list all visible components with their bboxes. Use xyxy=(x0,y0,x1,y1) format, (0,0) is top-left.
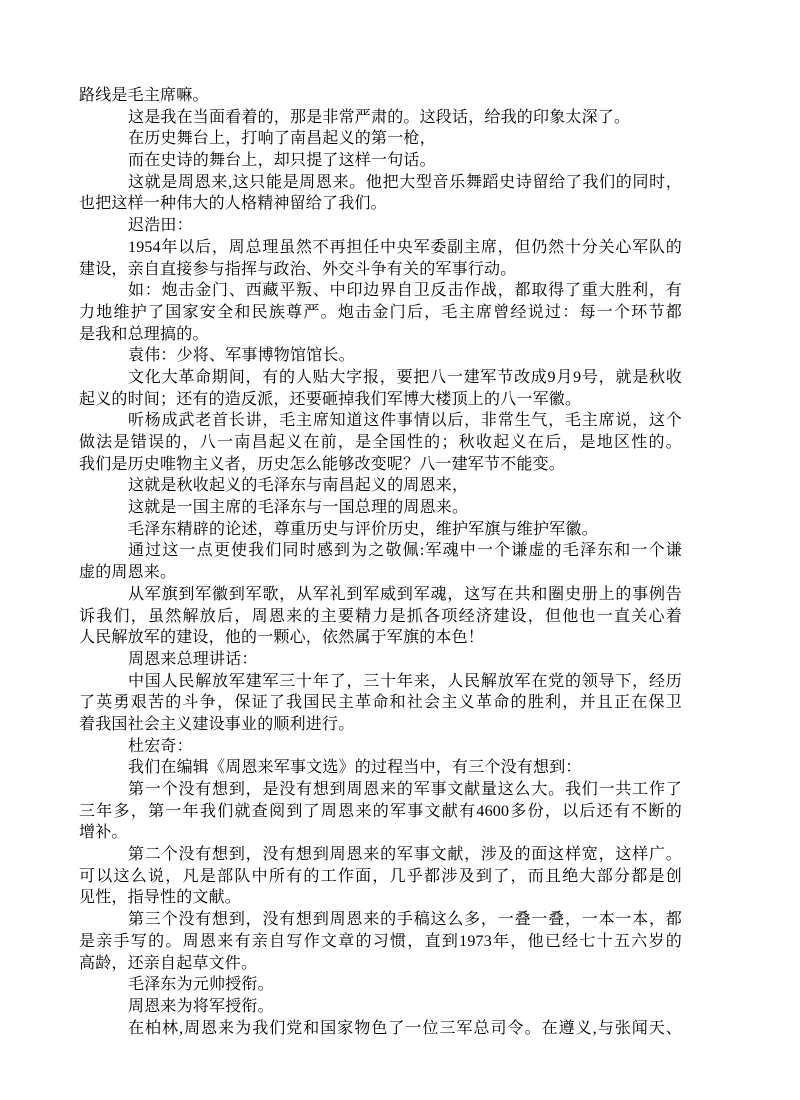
text-line: 虚的周恩来。 xyxy=(79,562,682,584)
text-line: 可以这么说，凡是部队中所有的工作面，几乎都涉及到了，而且绝大部分都是创 xyxy=(79,866,682,888)
text-line: 是我和总理搞的。 xyxy=(79,324,682,346)
text-line: 从军旗到军徽到军歌，从军礼到军威到军魂，这写在共和圈史册上的事例告 xyxy=(79,584,682,606)
text-line: 第二个没有想到，没有想到周恩来的军事文献，涉及的面这样宽，这样广。 xyxy=(79,844,682,866)
text-line: 这就是秋收起义的毛泽东与南昌起义的周恩来， xyxy=(79,475,682,497)
text-line: 周恩来为将军授衔。 xyxy=(79,996,682,1018)
document-page: 路线是毛主席嘛。这是我在当面看着的，那是非常严肃的。这段话，给我的印象太深了。在… xyxy=(0,0,800,1100)
text-line: 迟浩田： xyxy=(79,215,682,237)
text-line: 增补。 xyxy=(79,822,682,844)
text-line: 也把这样一种伟大的人格精神留给了我们。 xyxy=(79,193,682,215)
text-line: 通过这一点更使我们同时感到为之敬佩:军魂中一个谦虚的毛泽东和一个谦 xyxy=(79,540,682,562)
text-line: 我们是历史唯物主义者，历史怎么能够改变呢？八一建军节不能变。 xyxy=(79,454,682,476)
text-line: 路线是毛主席嘛。 xyxy=(79,85,682,107)
text-line: 这是我在当面看着的，那是非常严肃的。这段话，给我的印象太深了。 xyxy=(79,107,682,129)
text-line: 毛泽东精辟的论述，尊重历史与评价历史，维护军旗与维护军徽。 xyxy=(79,519,682,541)
text-line: 三年多，第一年我们就查阅到了周恩来的军事文献有4600多份，以后还有不断的 xyxy=(79,801,682,823)
text-line: 在柏林,周恩来为我们党和国家物色了一位三军总司令。在遵义,与张闻天、 xyxy=(79,1018,682,1040)
text-line: 第一个没有想到，是没有想到周恩来的军事文献量这么大。我们一共工作了 xyxy=(79,779,682,801)
text-line: 诉我们，虽然解放后，周恩来的主要精力是抓各项经济建设，但他也一直关心着 xyxy=(79,606,682,628)
text-line: 如：炮击金门、西藏平叛、中印边界自卫反击作战，都取得了重大胜利，有 xyxy=(79,280,682,302)
text-line: 第三个没有想到，没有想到周恩来的手稿这么多，一叠一叠，一本一本，都 xyxy=(79,909,682,931)
text-line: 在历史舞台上，打响了南昌起义的第一枪， xyxy=(79,128,682,150)
text-line: 是亲手写的。周恩来有亲自写作文章的习惯，直到1973年，他已经七十五六岁的 xyxy=(79,931,682,953)
text-line: 建设，亲自直接参与指挥与政治、外交斗争有关的军事行动。 xyxy=(79,259,682,281)
text-line: 见性，指导性的文献。 xyxy=(79,887,682,909)
text-line: 起义的时间；还有的造反派，还要砸掉我们军博大楼顶上的八一军徽。 xyxy=(79,389,682,411)
text-line: 高龄，还亲自起草文件。 xyxy=(79,953,682,975)
text-line: 人民解放军的建设，他的一颗心，依然属于军旗的本色！ xyxy=(79,627,682,649)
text-line: 做法是错误的，八一南昌起义在前，是全国性的；秋收起义在后，是地区性的。 xyxy=(79,432,682,454)
text-line: 我们在编辑《周恩来军事文选》的过程当中，有三个没有想到： xyxy=(79,757,682,779)
text-line: 杜宏奇： xyxy=(79,736,682,758)
text-line: 听杨成武老首长讲，毛主席知道这件事情以后，非常生气，毛主席说，这个 xyxy=(79,410,682,432)
text-line: 1954年以后，周总理虽然不再担任中央军委副主席，但仍然十分关心军队的 xyxy=(79,237,682,259)
text-line: 了英勇艰苦的斗争，保证了我国民主革命和社会主义革命的胜利，并且正在保卫 xyxy=(79,692,682,714)
text-line: 周恩来总理讲话： xyxy=(79,649,682,671)
text-line: 袁伟：少将、军事博物馆馆长。 xyxy=(79,345,682,367)
text-line: 文化大革命期间，有的人贴大字报，要把八一建军节改成9月9号，就是秋收 xyxy=(79,367,682,389)
text-line: 中国人民解放军建军三十年了，三十年来，人民解放军在党的领导下，经历 xyxy=(79,671,682,693)
text-line: 而在史诗的舞台上，却只提了这样一句话。 xyxy=(79,150,682,172)
text-line: 这就是周恩来,这只能是周恩来。他把大型音乐舞蹈史诗留给了我们的同时， xyxy=(79,172,682,194)
text-line: 着我国社会主义建设事业的顺利进行。 xyxy=(79,714,682,736)
document-body: 路线是毛主席嘛。这是我在当面看着的，那是非常严肃的。这段话，给我的印象太深了。在… xyxy=(79,85,682,1039)
text-line: 毛泽东为元帅授衔。 xyxy=(79,974,682,996)
text-line: 力地维护了国家安全和民族尊严。炮击金门后，毛主席曾经说过：每一个环节都 xyxy=(79,302,682,324)
text-line: 这就是一国主席的毛泽东与一国总理的周恩来。 xyxy=(79,497,682,519)
